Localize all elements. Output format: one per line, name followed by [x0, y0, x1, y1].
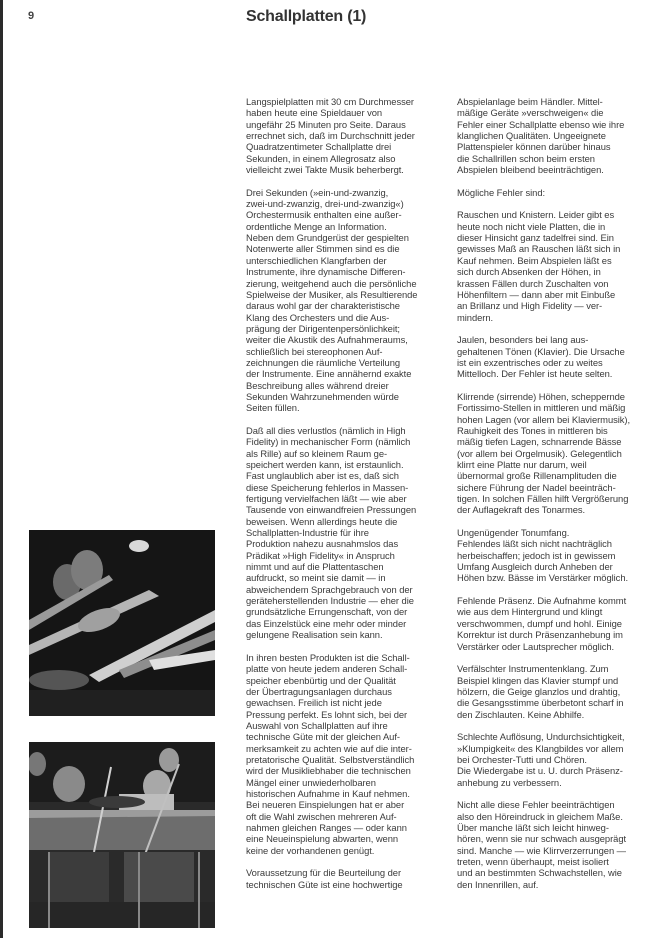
- page-number: 9: [28, 10, 34, 22]
- paragraph: Jaulen, besonders bei lang aus- gehalten…: [457, 334, 657, 379]
- paragraph: Drei Sekunden (»ein-und-zwanzig, zwei-un…: [246, 187, 442, 414]
- paragraph: Schlechte Auflösung, Undurchsichtigkeit,…: [457, 731, 657, 788]
- paragraph: Voraussetzung für die Beurteilung der te…: [246, 867, 442, 890]
- paragraph: Ungenügender Tonumfang. Fehlendes läßt s…: [457, 527, 657, 584]
- paragraph: Mögliche Fehler sind:: [457, 187, 657, 198]
- page-title: Schallplatten (1): [246, 8, 366, 26]
- text-column-left: Langspielplatten mit 30 cm Durchmesser h…: [246, 96, 442, 901]
- page-edge: [0, 0, 3, 938]
- paragraph: Fehlende Präsenz. Die Aufnahme kommt wie…: [457, 595, 657, 652]
- photo-trombone-players: [29, 530, 215, 716]
- text-column-right: Abspielanlage beim Händler. Mittel- mäßi…: [457, 96, 657, 901]
- paragraph: Rauschen und Knistern. Leider gibt es he…: [457, 209, 657, 322]
- paragraph: In ihren besten Produkten ist die Schall…: [246, 652, 442, 856]
- paragraph: Klirrende (sirrende) Höhen, scheppernde …: [457, 391, 657, 516]
- paragraph: Verfälschter Instrumentenklang. Zum Beis…: [457, 663, 657, 720]
- paragraph: Abspielanlage beim Händler. Mittel- mäßi…: [457, 96, 657, 175]
- paragraph: Nicht alle diese Fehler beeinträchtigen …: [457, 799, 657, 890]
- paragraph: Daß all dies verlustlos (nämlich in High…: [246, 425, 442, 641]
- paragraph: Langspielplatten mit 30 cm Durchmesser h…: [246, 96, 442, 175]
- photo-violinists: [29, 742, 215, 928]
